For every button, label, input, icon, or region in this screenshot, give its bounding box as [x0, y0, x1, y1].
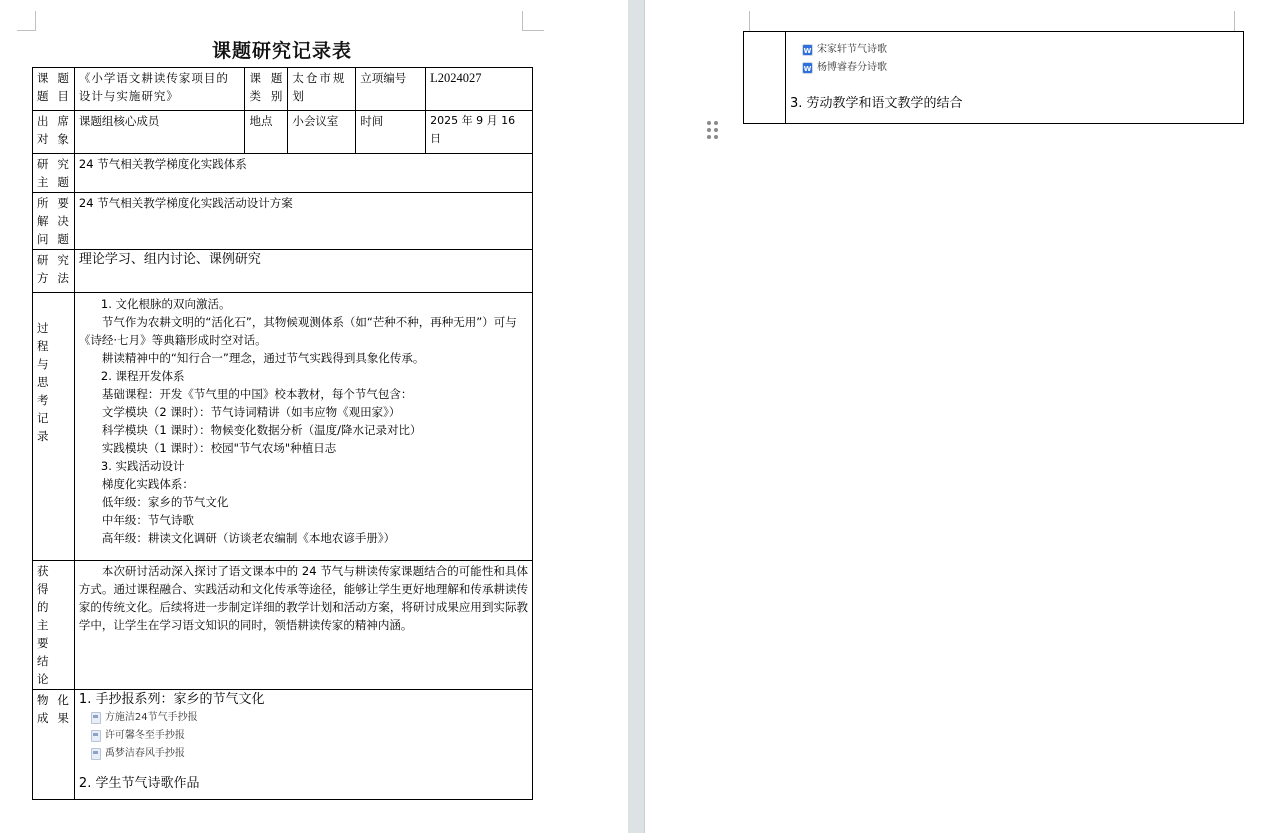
table-row: W 宋家轩节气诗歌 W 杨博睿春分诗歌 3. 劳动教学和语文教学的结合 — [744, 32, 1244, 124]
process-line: 实践模块（1 课时）：校园"节气农场"种植日志 — [79, 439, 528, 457]
attachment-item[interactable]: W 杨博睿春分诗歌 — [790, 59, 1239, 77]
outcome-item-1: 1. 手抄报系列：家乡的节气文化 — [79, 691, 528, 709]
process-line: 高年级：耕读文化调研（访谈老农编制《本地农谚手册》） — [79, 529, 528, 547]
outcome-cell-continued[interactable]: W 宋家轩节气诗歌 W 杨博睿春分诗歌 3. 劳动教学和语文教学的结合 — [786, 32, 1244, 124]
table-row: 课题题目 《小学语文耕读传家项目的设计与实施研究》 课题类别 太仓市规划 立项编… — [33, 68, 533, 111]
process-line: 文学模块（2 课时）：节气诗词精讲（如韦应物《观田家》） — [79, 403, 528, 421]
table-row: 物化成果 1. 手抄报系列：家乡的节气文化 方施洁24节气手抄报 许可馨冬至手抄… — [33, 690, 533, 800]
image-file-icon — [91, 730, 101, 742]
research-record-table-continued: W 宋家轩节气诗歌 W 杨博睿春分诗歌 3. 劳动教学和语文教学的结合 — [743, 31, 1244, 124]
outcome-item-2: 2. 学生节气诗歌作品 — [79, 775, 528, 793]
process-line: 3. 实践活动设计 — [79, 457, 528, 475]
topic-value[interactable]: 《小学语文耕读传家项目的设计与实施研究》 — [74, 68, 245, 111]
category-label[interactable]: 课题类别 — [245, 68, 288, 111]
word-file-icon: W — [802, 44, 813, 56]
problem-value[interactable]: 24 节气相关教学梯度化实践活动设计方案 — [74, 193, 532, 250]
category-value[interactable]: 太仓市规划 — [288, 68, 356, 111]
table-row: 过 程 与 思 考 记 录 1. 文化根脉的双向激活。 节气作为农耕文明的“活化… — [33, 293, 533, 561]
outcome-cell[interactable]: 1. 手抄报系列：家乡的节气文化 方施洁24节气手抄报 许可馨冬至手抄报 禹梦洁… — [74, 690, 532, 800]
page-corner-mark — [522, 11, 544, 31]
method-label[interactable]: 研究方法 — [33, 250, 75, 293]
time-label[interactable]: 时间 — [356, 111, 426, 154]
outcome-item-3: 3. 劳动教学和语文教学的结合 — [790, 95, 1239, 113]
process-line: 2. 课程开发体系 — [79, 367, 528, 385]
process-line: 科学模块（1 课时）：物候变化数据分析（温度/降水记录对比） — [79, 421, 528, 439]
word-file-icon: W — [802, 62, 813, 74]
outcome-label[interactable]: 物化成果 — [33, 690, 75, 800]
project-no-value[interactable]: L2024027 — [426, 68, 533, 111]
table-row: 研究主题 24 节气相关教学梯度化实践体系 — [33, 154, 533, 193]
theme-label[interactable]: 研究主题 — [33, 154, 75, 193]
table-row: 获 得 的 主 要 结 论 本次研讨活动深入探讨了语文课本中的 24 节气与耕读… — [33, 561, 533, 690]
process-line: 梯度化实践体系： — [79, 475, 528, 493]
document-page-1: 课题研究记录表 课题题目 《小学语文耕读传家项目的设计与实施研究》 课题类别 太… — [0, 0, 628, 833]
attendees-value[interactable]: 课题组核心成员 — [74, 111, 245, 154]
attachment-item[interactable]: 禹梦洁春风手抄报 — [79, 745, 528, 763]
theme-value[interactable]: 24 节气相关教学梯度化实践体系 — [74, 154, 532, 193]
process-line: 基础课程：开发《节气里的中国》校本教材，每个节气包含： — [79, 385, 528, 403]
image-file-icon — [91, 712, 101, 724]
attendees-label[interactable]: 出席对象 — [33, 111, 75, 154]
process-line: 低年级：家乡的节气文化 — [79, 493, 528, 511]
location-label[interactable]: 地点 — [245, 111, 288, 154]
outcome-label-continued — [744, 32, 786, 124]
process-line: 中年级：节气诗歌 — [79, 511, 528, 529]
process-line: 1. 文化根脉的双向激活。 — [79, 295, 528, 313]
topic-label[interactable]: 课题题目 — [33, 68, 75, 111]
conclusion-text[interactable]: 本次研讨活动深入探讨了语文课本中的 24 节气与耕读传家课题结合的可能性和具体方… — [74, 561, 532, 690]
page-corner-mark — [1234, 11, 1235, 31]
table-row: 研究方法 理论学习、组内讨论、课例研究 — [33, 250, 533, 293]
process-record[interactable]: 1. 文化根脉的双向激活。 节气作为农耕文明的“活化石”，其物候观测体系（如“芒… — [74, 293, 532, 561]
document-title: 课题研究记录表 — [32, 36, 532, 63]
problem-label[interactable]: 所要解决问题 — [33, 193, 75, 250]
attachment-item[interactable]: W 宋家轩节气诗歌 — [790, 41, 1239, 59]
page-corner-mark — [749, 11, 750, 31]
table-row: 出席对象 课题组核心成员 地点 小会议室 时间 2025 年 9 月 16 日 — [33, 111, 533, 154]
project-no-label[interactable]: 立项编号 — [356, 68, 426, 111]
method-value[interactable]: 理论学习、组内讨论、课例研究 — [74, 250, 532, 293]
conclusion-label[interactable]: 获 得 的 主 要 结 论 — [33, 561, 75, 690]
process-label[interactable]: 过 程 与 思 考 记 录 — [33, 293, 75, 561]
page-separator — [628, 0, 645, 833]
document-page-2: W 宋家轩节气诗歌 W 杨博睿春分诗歌 3. 劳动教学和语文教学的结合 — [645, 0, 1283, 833]
attachment-item[interactable]: 方施洁24节气手抄报 — [79, 709, 528, 727]
location-value[interactable]: 小会议室 — [288, 111, 356, 154]
research-record-table: 课题题目 《小学语文耕读传家项目的设计与实施研究》 课题类别 太仓市规划 立项编… — [32, 67, 533, 800]
image-file-icon — [91, 748, 101, 760]
drag-handle-icon[interactable] — [707, 121, 721, 143]
time-value[interactable]: 2025 年 9 月 16 日 — [426, 111, 533, 154]
page-corner-mark — [17, 11, 36, 31]
attachment-item[interactable]: 许可馨冬至手抄报 — [79, 727, 528, 745]
table-row: 所要解决问题 24 节气相关教学梯度化实践活动设计方案 — [33, 193, 533, 250]
process-line: 节气作为农耕文明的“活化石”，其物候观测体系（如“芒种不种，再种无用”）可与《诗… — [79, 313, 528, 349]
process-line: 耕读精神中的“知行合一”理念，通过节气实践得到具象化传承。 — [79, 349, 528, 367]
